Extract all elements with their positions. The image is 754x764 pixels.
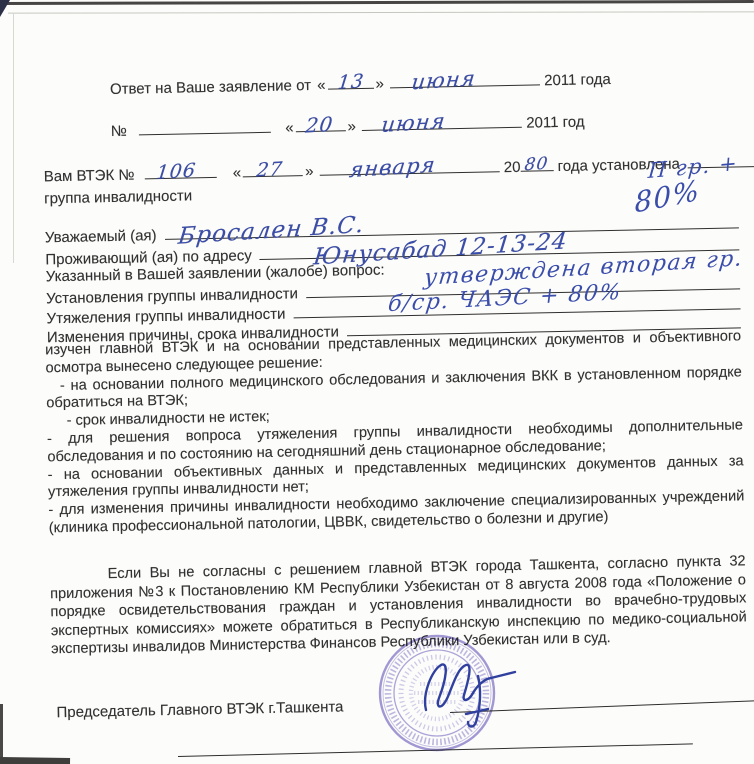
reply-month-field: июня [390, 70, 540, 88]
corner-artifact-bottom-left [0, 704, 3, 764]
vtek-day-field: 27 [243, 161, 303, 177]
number-day-field: 20 [295, 116, 345, 132]
group-label: группа инвалидности [44, 187, 192, 207]
handwritten-reply-month: июня [411, 69, 477, 91]
vtek-label: Вам ВТЭК № [44, 167, 135, 186]
chairman-signature [418, 652, 528, 734]
decision-block: изучен главной ВТЭК и на основании предс… [45, 328, 745, 538]
quote-open: « [231, 164, 244, 181]
reply-date-label: Ответ на Ваше заявление от [110, 77, 311, 98]
quote-open: « [283, 119, 296, 136]
reply-year-label: 2011 года [544, 71, 611, 89]
vtek-number-field: 106 [144, 163, 216, 179]
scanned-document: Ответ на Ваше заявление от «13» июня 201… [0, 0, 754, 764]
salutation-label: Уважаемый (ая) [45, 227, 157, 247]
reply-day-field: 13 [327, 74, 373, 90]
handwritten-vtek-number: 106 [155, 161, 197, 182]
number-label: № [111, 123, 127, 140]
handwritten-name: Бросален В.С. [177, 216, 365, 246]
number-year-label: 2011 год [526, 113, 585, 131]
quote-close: » [345, 118, 358, 135]
quote-open: « [315, 77, 328, 94]
reply-date-row: Ответ на Ваше заявление от «13» июня 201… [110, 69, 611, 99]
footer-row: Председатель Главного ВТЭК г.Ташкента [56, 698, 343, 722]
handwritten-vtek-month: января [348, 156, 436, 180]
quote-close: » [303, 163, 316, 180]
handwritten-vtek-day: 27 [256, 160, 284, 180]
ref-number-field [139, 118, 271, 136]
vtek-year-field: 80 [520, 156, 553, 172]
vtek-month-field: января [319, 157, 499, 176]
number-month-field: июня [362, 113, 522, 131]
ref-number-row: № «20» июня 2011 год [111, 111, 585, 141]
group-label-row: группа инвалидности [44, 187, 192, 208]
vtek-century-label: 20 [504, 159, 521, 176]
chairman-label: Председатель Главного ВТЭК г.Ташкента [56, 698, 343, 721]
quote-close: » [373, 75, 386, 92]
handwritten-reply-day: 13 [336, 72, 364, 92]
handwritten-number-day: 20 [304, 115, 334, 135]
handwritten-number-month: июня [381, 112, 447, 134]
handwritten-vtek-year: 80 [523, 155, 549, 175]
